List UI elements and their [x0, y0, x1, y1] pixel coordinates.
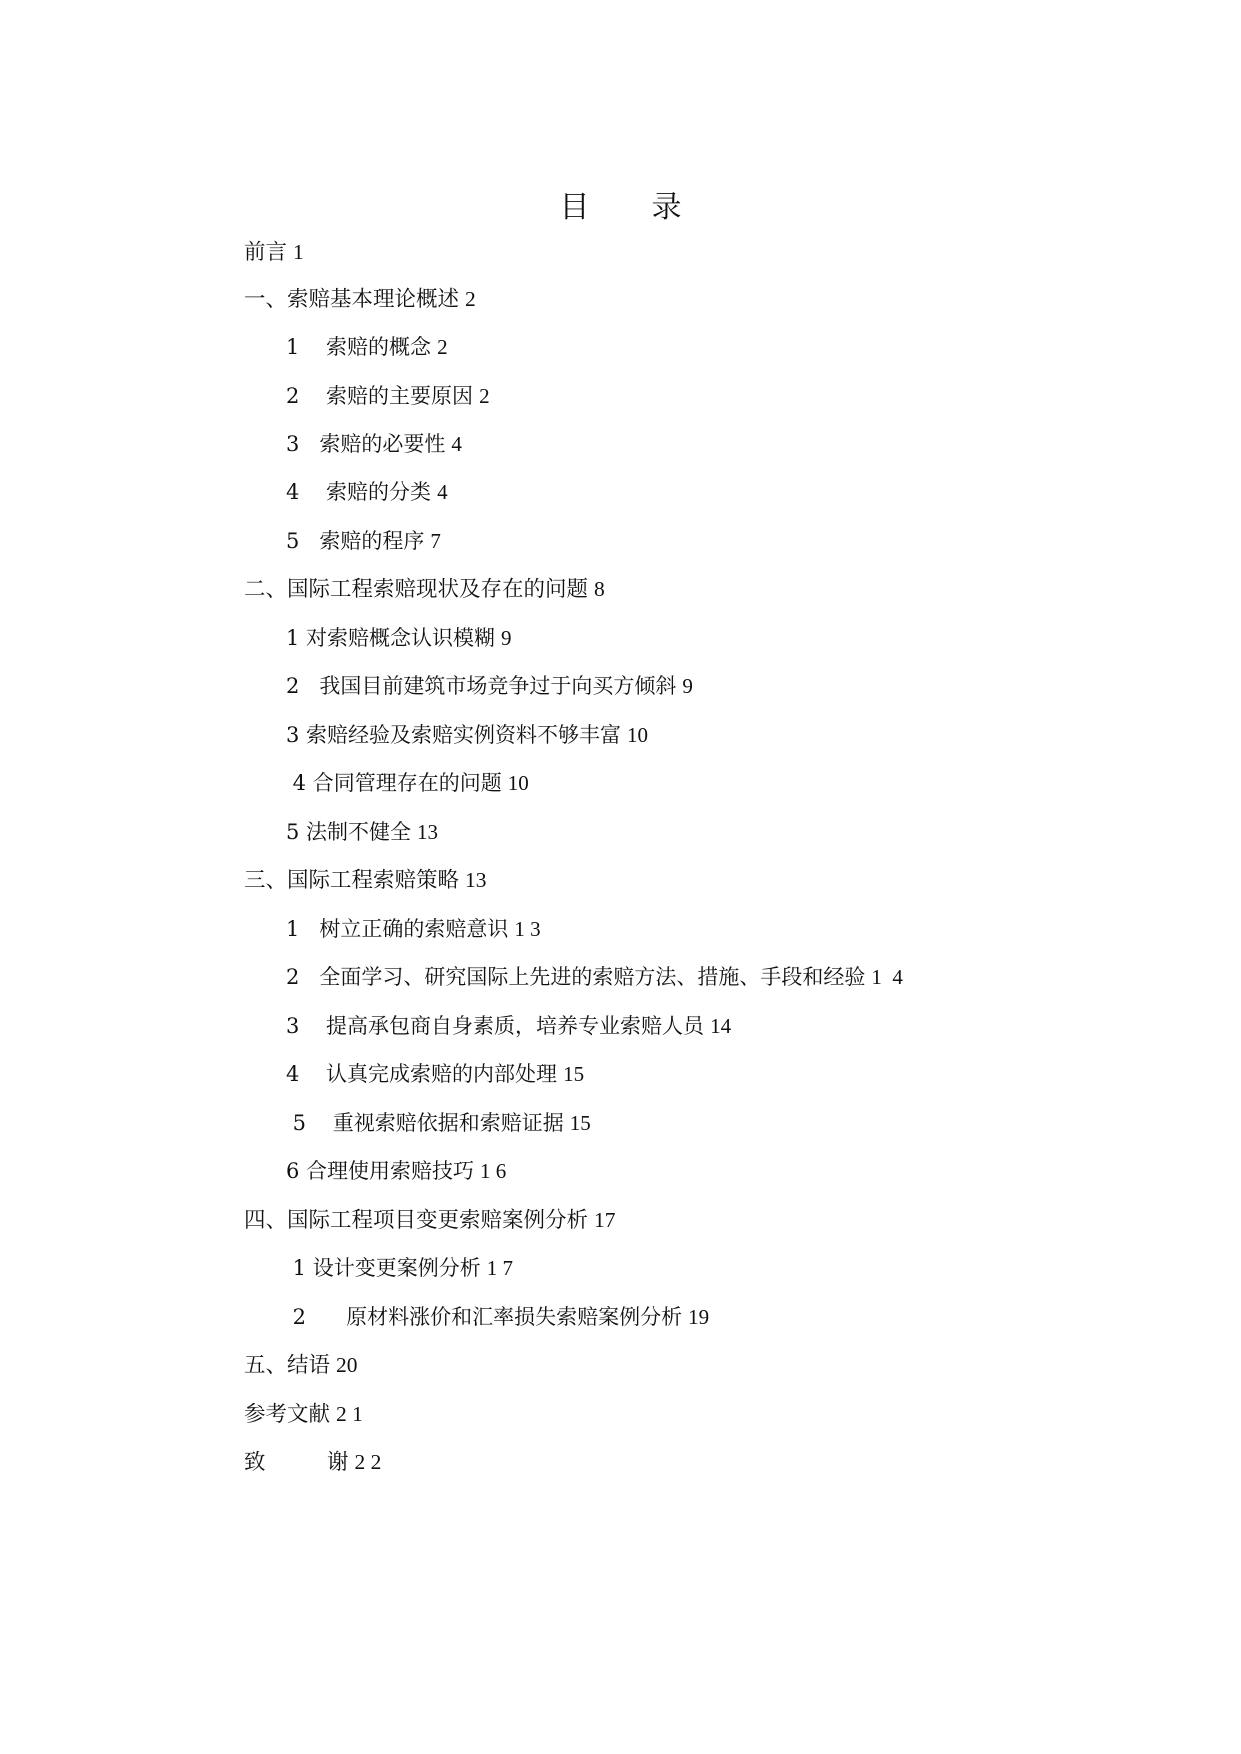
- document-page: 目录 前言1一、索赔基本理论概述21 索赔的概念22 索赔的主要原因23 索赔的…: [0, 0, 1241, 1754]
- toc-entry-page-number: 2: [465, 287, 476, 311]
- toc-entry-page-number: 7: [430, 529, 441, 553]
- toc-entry-page-number: 14: [710, 1014, 731, 1038]
- toc-entry-page-number: 2 1: [336, 1402, 363, 1426]
- toc-entry-page-number: 1 4: [871, 965, 903, 989]
- toc-entry-title: 2 索赔的主要原因: [286, 384, 473, 408]
- toc-entry-page-number: 9: [682, 674, 693, 698]
- toc-entry-section[interactable]: 6 合理使用索赔技巧1 6: [286, 1157, 506, 1185]
- toc-entry-chapter[interactable]: 一、索赔基本理论概述2: [244, 285, 476, 313]
- toc-entry-title: 三、国际工程索赔策略: [244, 868, 459, 893]
- toc-entry-page-number: 2: [437, 335, 448, 359]
- toc-entry-title: 2 我国目前建筑市场竞争过于向买方倾斜: [286, 674, 676, 698]
- toc-entry-section[interactable]: 5 重视索赔依据和索赔证据15: [286, 1109, 591, 1137]
- toc-entry-title: 前言: [244, 240, 287, 265]
- toc-entry-section[interactable]: 2 我国目前建筑市场竞争过于向买方倾斜9: [286, 672, 693, 700]
- toc-entry-title: 二、国际工程索赔现状及存在的问题: [244, 577, 588, 602]
- toc-entry-chapter[interactable]: 前言1: [244, 238, 304, 266]
- toc-entry-title: 四、国际工程项目变更索赔案例分析: [244, 1208, 588, 1233]
- toc-entry-page-number: 1: [293, 240, 304, 264]
- toc-title-left: 目: [560, 190, 590, 225]
- toc-entry-title: 2 全面学习、研究国际上先进的索赔方法、措施、手段和经验: [286, 965, 865, 989]
- toc-entry-title: 一、索赔基本理论概述: [244, 287, 459, 312]
- toc-entry-page-number: 10: [627, 723, 648, 747]
- toc-entry-title: 4 合同管理存在的问题: [286, 771, 502, 795]
- toc-entry-page-number: 19: [688, 1305, 709, 1329]
- toc-entry-title: 3 索赔的必要性: [286, 432, 445, 456]
- toc-entry-section[interactable]: 4 合同管理存在的问题10: [286, 769, 529, 797]
- toc-entry-title: 5 重视索赔依据和索赔证据: [286, 1111, 564, 1135]
- toc-entry-page-number: 15: [570, 1111, 591, 1135]
- toc-entry-page-number: 8: [594, 577, 605, 601]
- toc-entry-section[interactable]: 4 认真完成索赔的内部处理15: [286, 1060, 584, 1088]
- toc-entry-page-number: 4: [437, 480, 448, 504]
- toc-entry-title: 1 索赔的概念: [286, 335, 431, 359]
- toc-entry-title: 致 谢: [244, 1450, 349, 1475]
- toc-entry-chapter[interactable]: 四、国际工程项目变更索赔案例分析17: [244, 1206, 616, 1234]
- toc-entry-section[interactable]: 1 树立正确的索赔意识1 3: [286, 915, 541, 943]
- toc-entry-page-number: 2: [479, 384, 490, 408]
- toc-entry-page-number: 1 7: [487, 1256, 513, 1280]
- toc-entry-page-number: 10: [508, 771, 529, 795]
- toc-entry-page-number: 17: [594, 1208, 616, 1232]
- toc-entry-section[interactable]: 3 索赔的必要性4: [286, 430, 462, 458]
- toc-entry-title: 1 对索赔概念认识模糊: [286, 626, 495, 650]
- toc-entry-chapter[interactable]: 参考文献2 1: [244, 1400, 363, 1428]
- toc-entry-section[interactable]: 2 原材料涨价和汇率损失索赔案例分析19: [286, 1303, 709, 1331]
- toc-entry-section[interactable]: 1 设计变更案例分析1 7: [286, 1254, 513, 1282]
- toc-entry-section[interactable]: 3 索赔经验及索赔实例资料不够丰富10: [286, 721, 648, 749]
- toc-entry-title: 2 原材料涨价和汇率损失索赔案例分析: [286, 1305, 682, 1329]
- toc-entry-page-number: 1 6: [480, 1159, 506, 1183]
- toc-entry-page-number: 20: [336, 1353, 358, 1377]
- toc-entry-chapter[interactable]: 三、国际工程索赔策略13: [244, 866, 487, 894]
- toc-entry-title: 5 法制不健全: [286, 820, 411, 844]
- toc-entry-section[interactable]: 1 索赔的概念2: [286, 333, 448, 361]
- toc-entry-title: 五、结语: [244, 1353, 330, 1378]
- toc-entry-title: 4 认真完成索赔的内部处理: [286, 1062, 557, 1086]
- toc-entry-title: 1 设计变更案例分析: [286, 1256, 481, 1280]
- toc-entry-section[interactable]: 2 全面学习、研究国际上先进的索赔方法、措施、手段和经验1 4: [286, 963, 903, 991]
- toc-entry-chapter[interactable]: 二、国际工程索赔现状及存在的问题8: [244, 575, 605, 603]
- toc-entry-chapter[interactable]: 致 谢2 2: [244, 1448, 381, 1476]
- toc-entry-page-number: 2 2: [355, 1450, 382, 1474]
- toc-entry-section[interactable]: 2 索赔的主要原因2: [286, 382, 490, 410]
- toc-entry-page-number: 13: [417, 820, 438, 844]
- toc-entry-page-number: 9: [501, 626, 512, 650]
- toc-entry-title: 5 索赔的程序: [286, 529, 424, 553]
- toc-entry-page-number: 13: [465, 868, 487, 892]
- toc-entry-section[interactable]: 3 提高承包商自身素质，培养专业索赔人员14: [286, 1012, 731, 1040]
- toc-entry-page-number: 15: [563, 1062, 584, 1086]
- toc-entry-section[interactable]: 1 对索赔概念认识模糊9: [286, 624, 512, 652]
- toc-entry-title: 3 提高承包商自身素质，培养专业索赔人员: [286, 1014, 704, 1038]
- toc-entry-page-number: 1 3: [514, 917, 540, 941]
- toc-entry-title: 1 树立正确的索赔意识: [286, 917, 508, 941]
- toc-entry-title: 参考文献: [244, 1402, 330, 1427]
- toc-entry-title: 6 合理使用索赔技巧: [286, 1159, 474, 1183]
- toc-entry-section[interactable]: 5 索赔的程序7: [286, 527, 441, 555]
- toc-entry-title: 3 索赔经验及索赔实例资料不够丰富: [286, 723, 621, 747]
- toc-title: 目录: [0, 188, 1241, 228]
- toc-entry-page-number: 4: [451, 432, 462, 456]
- toc-entry-section[interactable]: 5 法制不健全13: [286, 818, 438, 846]
- toc-entry-section[interactable]: 4 索赔的分类4: [286, 478, 448, 506]
- toc-entry-chapter[interactable]: 五、结语20: [244, 1351, 358, 1379]
- toc-entry-title: 4 索赔的分类: [286, 480, 431, 504]
- toc-title-right: 录: [652, 190, 682, 225]
